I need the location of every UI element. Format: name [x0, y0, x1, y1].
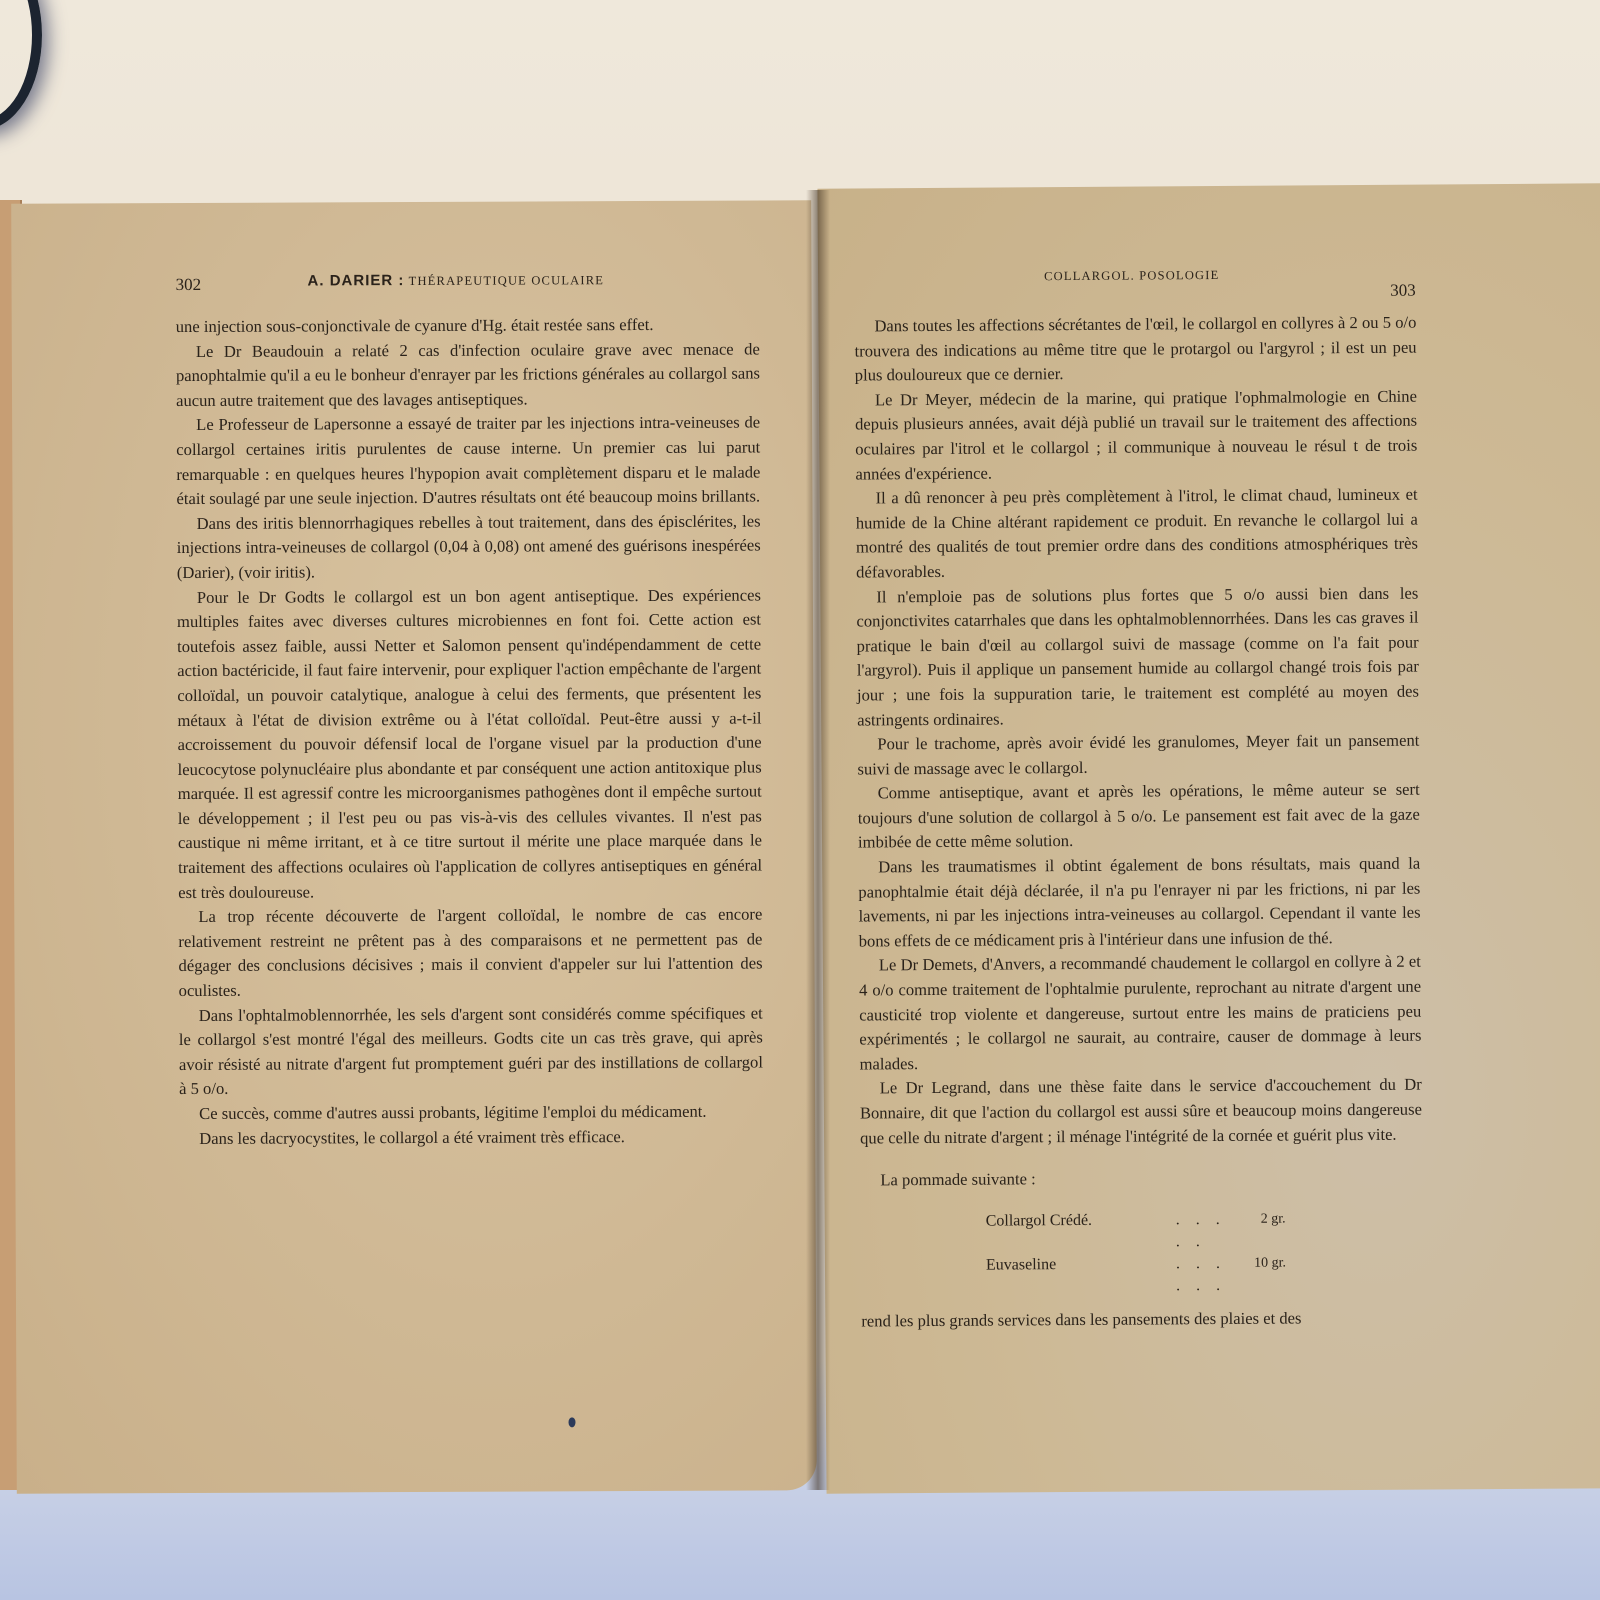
left-page: 302 A. DARIER : Thérapeutique oculaire u…	[11, 200, 817, 1493]
leader-dots: . . . . .	[1176, 1209, 1226, 1253]
closing-line: rend les plus grands services dans les p…	[861, 1305, 1423, 1334]
ink-spot	[568, 1417, 575, 1427]
paragraph: Dans des iritis blennorrhagiques rebelle…	[177, 509, 761, 585]
paragraph: Il n'emploie pas de solutions plus forte…	[856, 581, 1419, 732]
leader-dots: . . . . . .	[1176, 1253, 1226, 1297]
recipe-item: Euvaseline . . . . . . 10 gr.	[986, 1252, 1286, 1298]
paragraph: une injection sous-conjonctivale de cyan…	[176, 312, 760, 339]
paragraph: La trop récente découverte de l'argent c…	[178, 903, 762, 1004]
paragraph: Dans l'ophtalmoblennorrhée, les sels d'a…	[179, 1001, 763, 1102]
paragraph: Dans les dacryocystites, le collargol a …	[179, 1124, 763, 1151]
page-number: 302	[176, 275, 202, 295]
paragraph: Dans les traumatismes il obtint égalemen…	[858, 852, 1421, 954]
page-number: 303	[1390, 281, 1416, 301]
running-head: Collargol. Posologie	[1044, 268, 1219, 284]
running-head: A. DARIER : Thérapeutique oculaire	[307, 271, 604, 290]
recipe-quantity: 2 gr.	[1226, 1208, 1286, 1252]
recipe-ingredient: Euvaseline	[986, 1253, 1176, 1298]
recipe-quantity: 10 gr.	[1226, 1252, 1286, 1296]
recipe-list: Collargol Crédé. . . . . . 2 gr. Euvasel…	[861, 1207, 1424, 1299]
recipe-intro: La pommade suivante :	[860, 1165, 1422, 1194]
left-page-body: une injection sous-conjonctivale de cyan…	[176, 312, 764, 1151]
paragraph: Il a dû renoncer à peu près complètement…	[856, 483, 1419, 585]
running-head-title: Thérapeutique oculaire	[409, 273, 605, 288]
paragraph: Ce succès, comme d'autres aussi probants…	[179, 1099, 763, 1126]
paragraph: Dans toutes les affections sécrétantes d…	[854, 311, 1417, 389]
paragraph: Le Dr Legrand, dans une thèse faite dans…	[860, 1073, 1423, 1151]
paragraph: Pour le trachome, après avoir évidé les …	[857, 729, 1419, 782]
paragraph: Le Dr Meyer, médecin de la marine, qui p…	[855, 384, 1418, 486]
running-head-author: A. DARIER :	[307, 272, 404, 289]
paragraph: Le Dr Beaudouin a relaté 2 cas d'infecti…	[176, 337, 760, 413]
recipe-ingredient: Collargol Crédé.	[986, 1209, 1176, 1254]
book-gutter	[806, 190, 830, 1490]
paragraph: Le Dr Demets, d'Anvers, a recommandé cha…	[859, 950, 1422, 1077]
right-page-body: Dans toutes les affections sécrétantes d…	[854, 311, 1423, 1334]
right-page: Collargol. Posologie 303 Dans toutes les…	[817, 183, 1600, 1493]
paragraph: Pour le Dr Godts le collargol est un bon…	[177, 583, 762, 905]
paragraph: Le Professeur de Lapersonne a essayé de …	[176, 411, 760, 512]
camera-lens-edge	[0, 0, 42, 130]
recipe-item: Collargol Crédé. . . . . . 2 gr.	[986, 1208, 1286, 1254]
paragraph: Comme antiseptique, avant et après les o…	[858, 778, 1421, 856]
